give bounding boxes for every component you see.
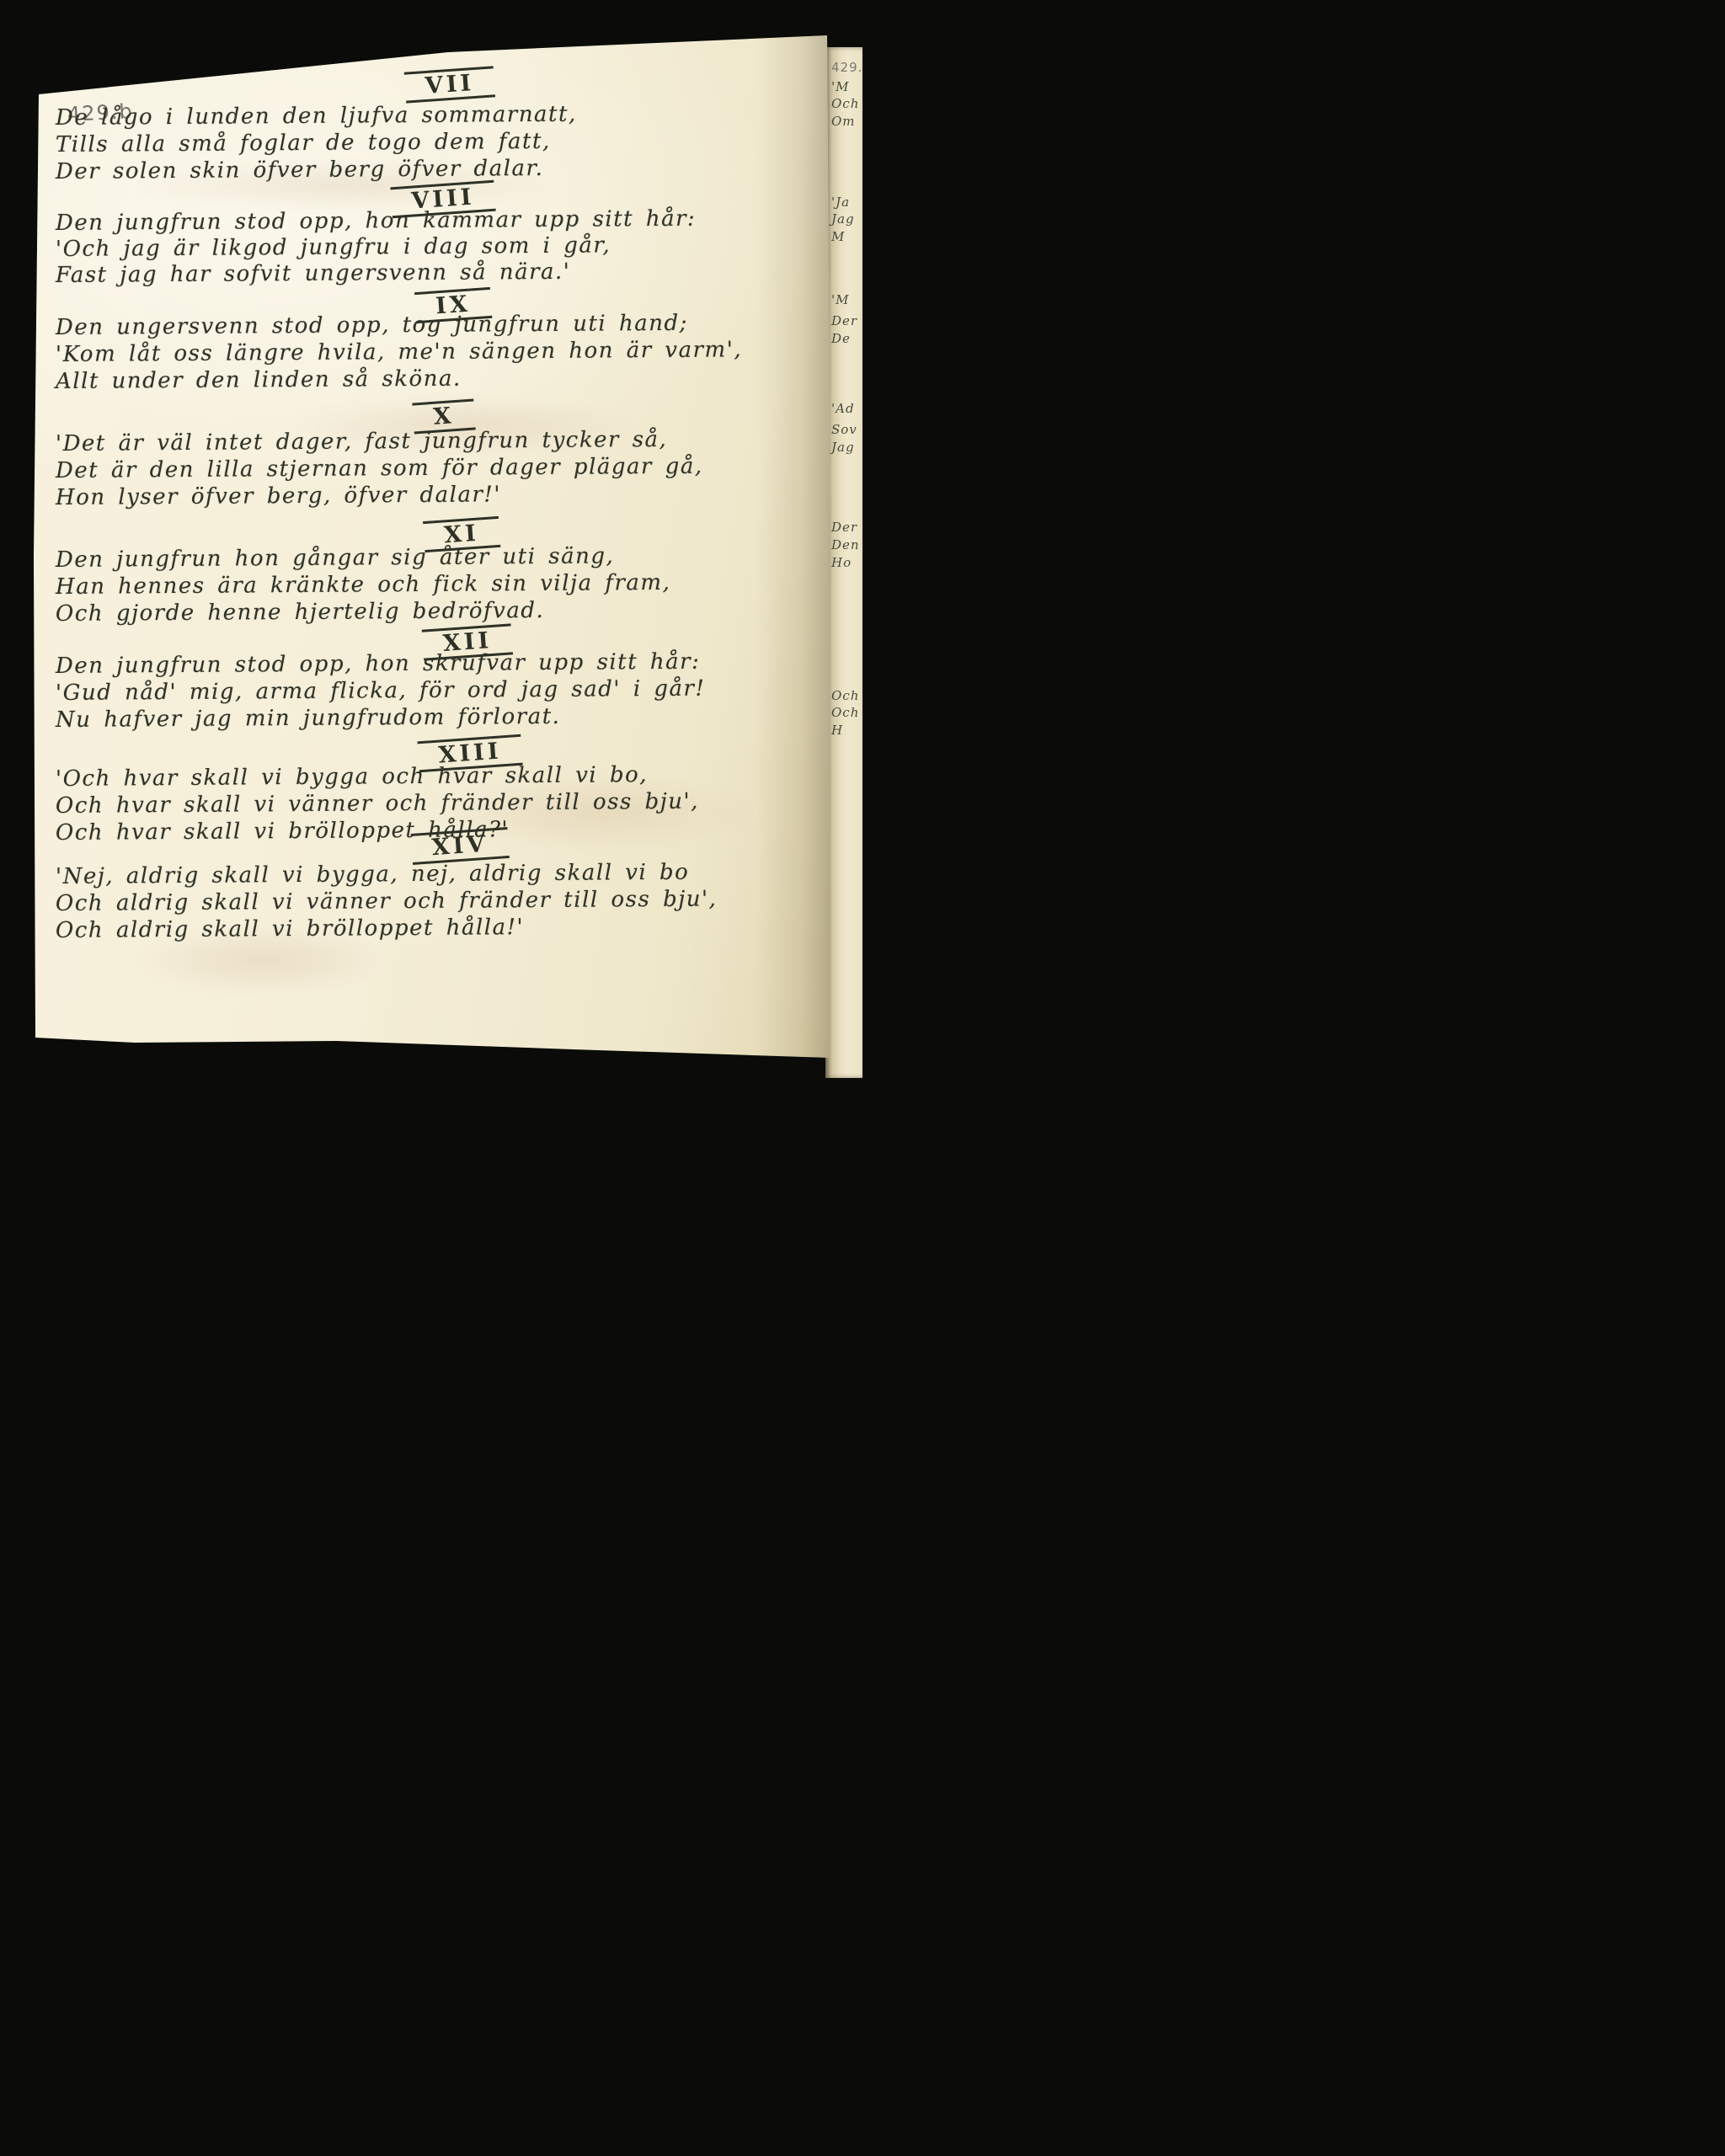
stanza-numeral: VII	[404, 66, 496, 103]
verse-line: 'Och jag är likgod jungfru i dag som i g…	[56, 232, 611, 262]
next-page-line-fragment: 'Ad	[831, 401, 855, 416]
next-page-line-fragment: Om	[831, 114, 856, 129]
next-page-line-fragment: M	[831, 229, 845, 244]
verse-line: 'Gud nåd' mig, arma flicka, för ord jag …	[56, 676, 706, 706]
verse-line: Der solen skin öfver berg öfver dalar.	[56, 156, 544, 184]
manuscript-page: 429.b VII De lågo i lunden den ljufva so…	[34, 34, 832, 1061]
verse-line: Det är den lilla stjernan som för dager …	[56, 454, 703, 483]
page-gutter-shadow	[756, 34, 832, 1061]
verse-line: Och gjorde henne hjertelig bedröfvad.	[56, 598, 544, 627]
next-page-line-fragment: Och	[831, 705, 859, 720]
verse-line: Han hennes ära kränkte och fick sin vilj…	[56, 570, 671, 600]
next-page-line-fragment: Jag	[831, 440, 855, 455]
verse-line: 'Det är väl intet dager, fast jungfrun t…	[56, 427, 667, 456]
next-page-line-fragment: 'M	[831, 292, 849, 307]
verse-line: Tills alla små foglar de togo dem fatt,	[56, 129, 551, 157]
next-page-archive-number: 429.	[831, 60, 862, 75]
verse-line: Och aldrig skall vi vänner och fränder t…	[56, 887, 718, 916]
next-page-line-fragment: Och	[831, 688, 859, 703]
verse-line: Den jungfrun hon gångar sig åter uti sän…	[56, 543, 614, 573]
verse-line: Den jungfrun stod opp, hon skrufvar upp …	[56, 649, 701, 679]
next-page-line-fragment: 'M	[831, 79, 849, 94]
next-page-line-fragment: Der	[831, 520, 857, 535]
next-page-line-fragment: Ho	[831, 555, 852, 570]
verse-line: Nu hafver jag min jungfrudom förlorat.	[56, 704, 561, 733]
verse-line: 'Kom låt oss längre hvila, me'n sängen h…	[56, 337, 742, 367]
verse-line: Allt under den linden så sköna.	[56, 366, 462, 394]
verse-line: 'Nej, aldrig skall vi bygga, nej, aldrig…	[56, 860, 689, 889]
next-page-line-fragment: Den	[831, 537, 860, 552]
verse-line: Fast jag har sofvit ungersvenn så nära.'	[56, 259, 571, 288]
next-page-line-fragment: Och	[831, 96, 859, 111]
verse-line: De lågo i lunden den ljufva sommarnatt,	[56, 102, 577, 131]
verse-line: 'Och hvar skall vi bygga och hvar skall …	[56, 762, 648, 792]
next-page-line-fragment: H	[831, 723, 843, 738]
verse-line: Och aldrig skall vi brölloppet hålla!'	[56, 915, 524, 943]
next-page-line-fragment: 'Ja	[831, 195, 850, 210]
next-page-edge: 429. 'M Och Om 'Ja Jag M 'M Der De 'Ad S…	[825, 47, 862, 1078]
next-page-line-fragment: De	[831, 331, 851, 346]
verse-line: Hon lyser öfver berg, öfver dalar!'	[56, 482, 501, 510]
next-page-line-fragment: Jag	[831, 211, 855, 227]
verse-line: Den ungersvenn stod opp, tog jungfrun ut…	[56, 311, 688, 340]
scanned-manuscript-photo: 429. 'M Och Om 'Ja Jag M 'M Der De 'Ad S…	[0, 0, 862, 1078]
verse-line: Och hvar skall vi vänner och fränder til…	[56, 789, 699, 819]
next-page-line-fragment: Der	[831, 313, 857, 328]
stanza-numeral: XIV	[411, 827, 510, 865]
verse-line: Den jungfrun stod opp, hon kammar upp si…	[56, 206, 696, 236]
next-page-line-fragment: Sov	[831, 422, 857, 437]
